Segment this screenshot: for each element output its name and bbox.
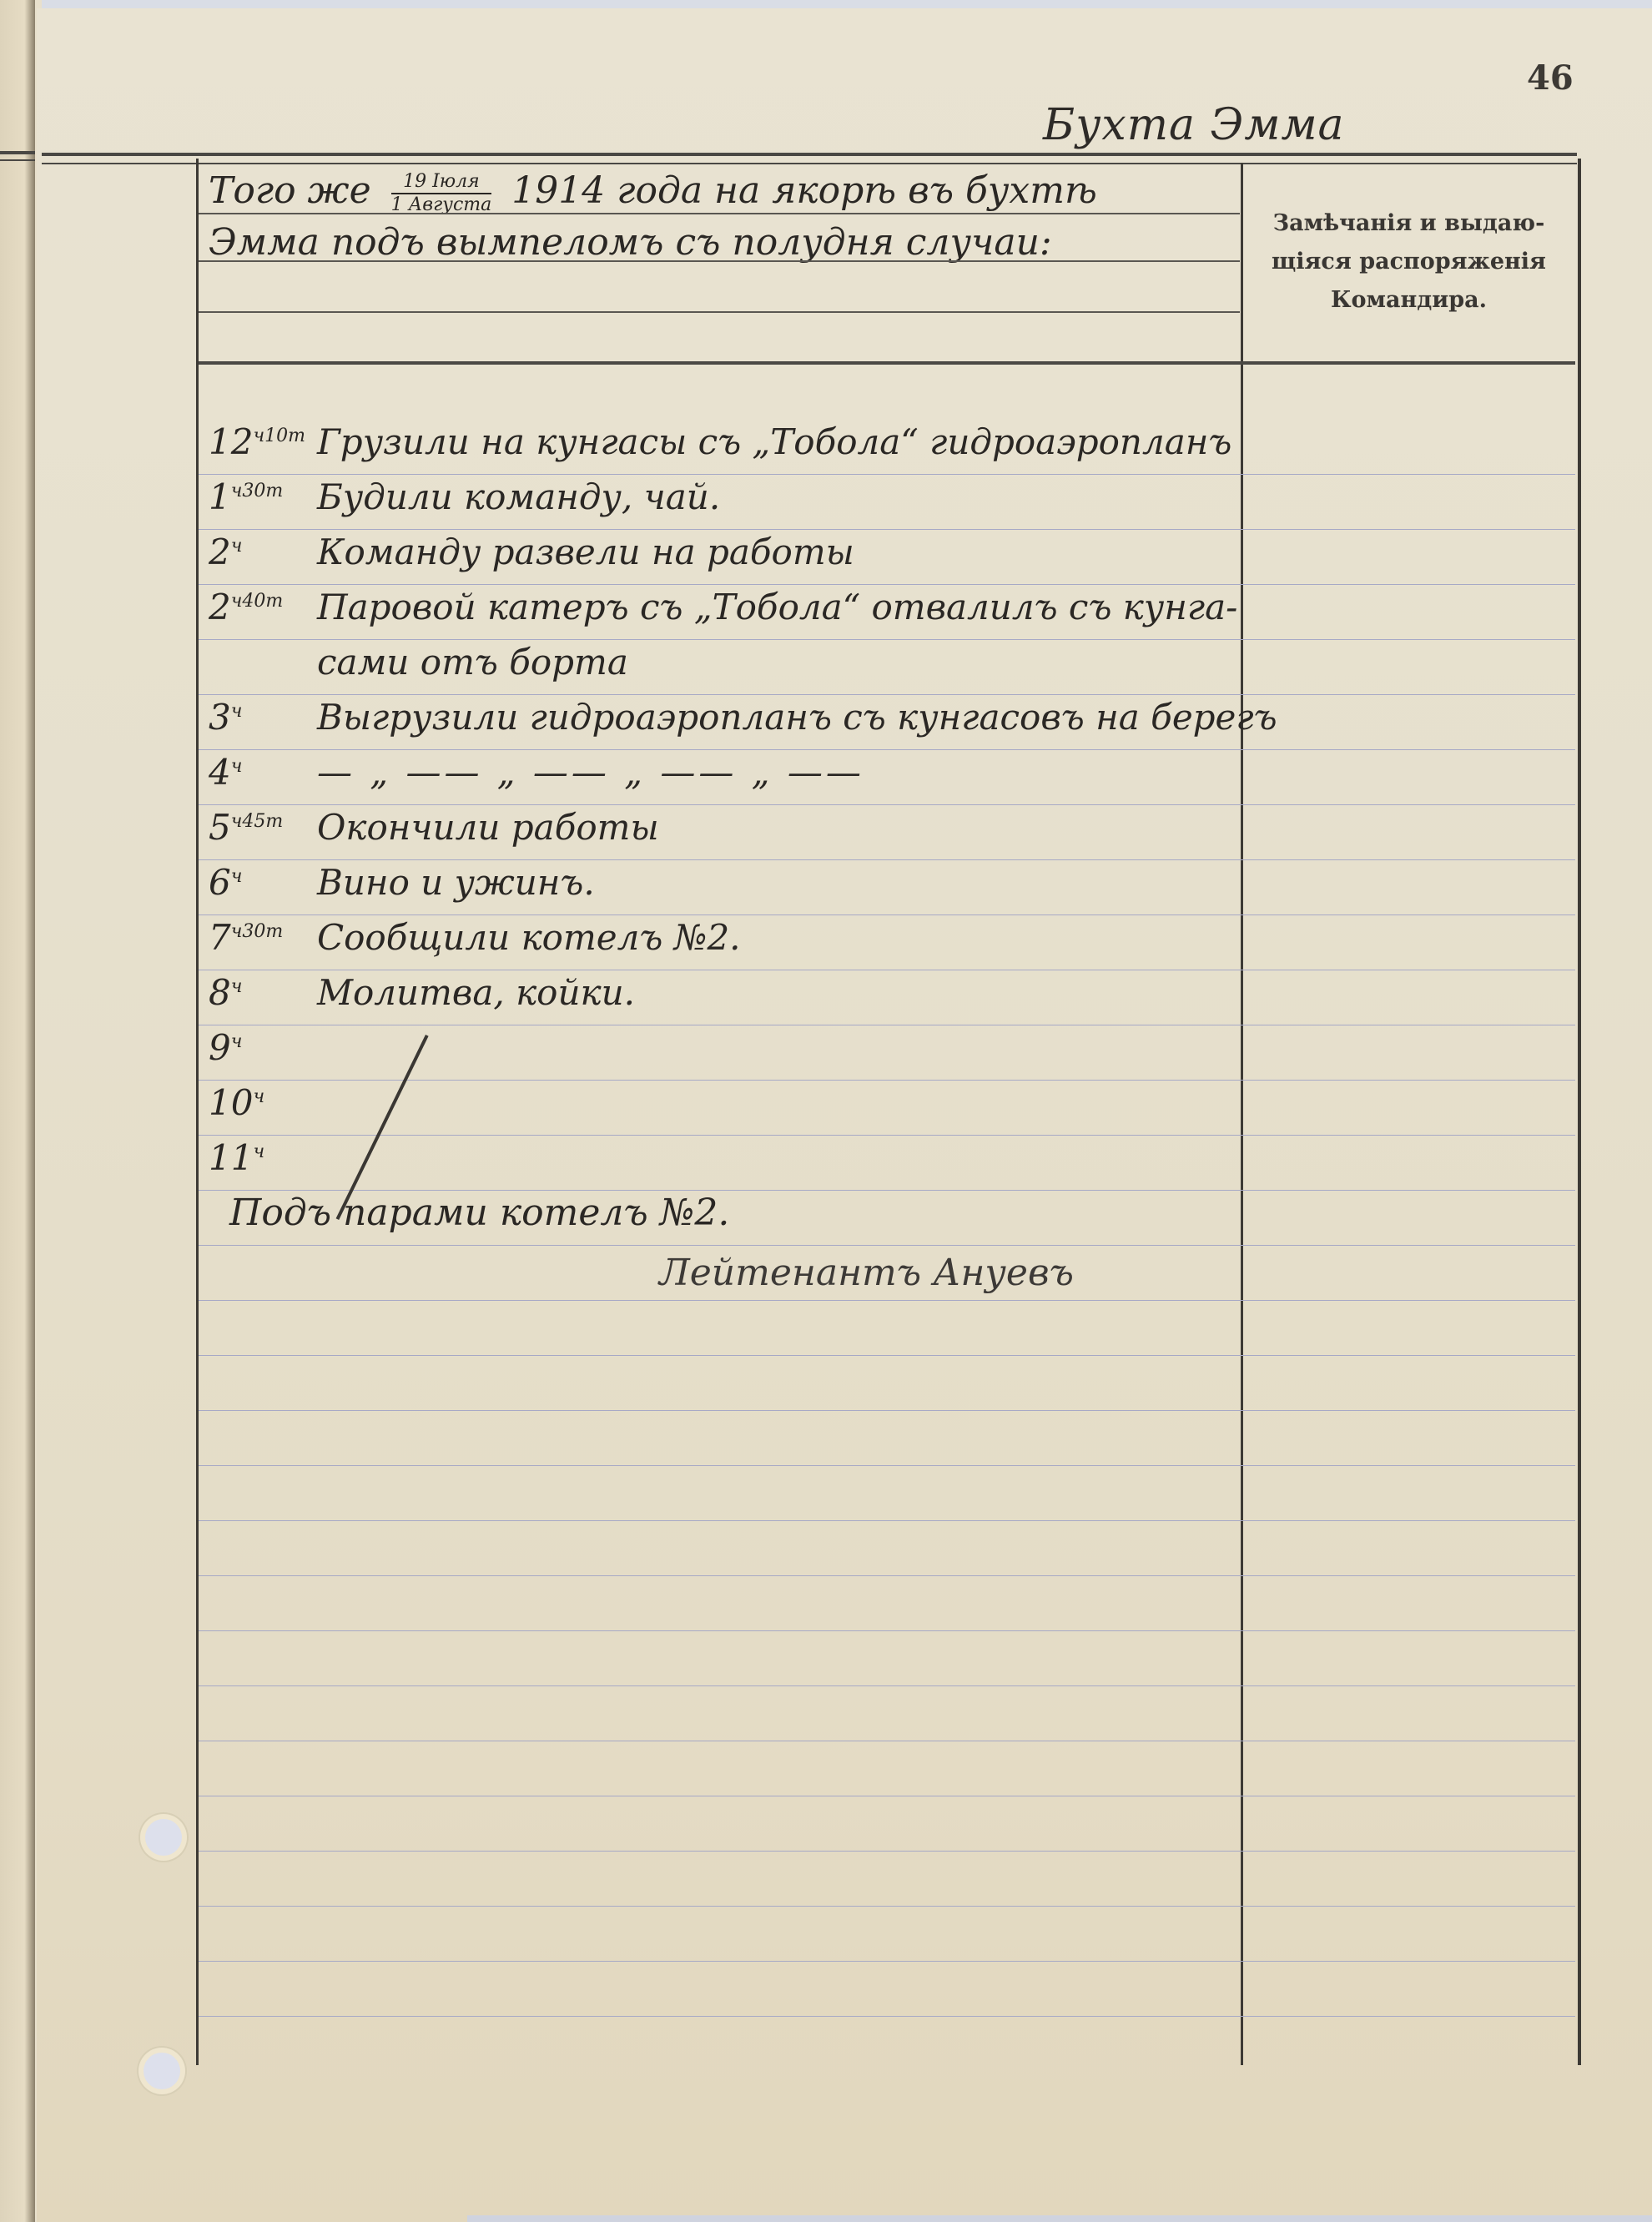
entry-time: 4ч <box>209 752 317 793</box>
ruled-line <box>199 1410 1575 1411</box>
log-entry: 5ч45mОкончили работы <box>209 807 659 862</box>
entry-text: Будили команду, чай. <box>317 476 720 517</box>
entry-text: Молитва, койки. <box>317 972 635 1013</box>
remarks-title-line-1: Замѣчанія и выдаю- <box>1272 204 1546 243</box>
entry-time: 2ч40m <box>209 587 317 627</box>
entry-time: 6ч <box>209 862 317 903</box>
entry-time: 5ч45m <box>209 807 317 848</box>
binder-hole-icon <box>145 1819 182 1856</box>
log-entry: 6чВино и ужинъ. <box>209 862 595 917</box>
entry-time: 11ч <box>209 1137 317 1178</box>
log-entry: 2чКоманду развели на работы <box>209 532 854 587</box>
header-line-2: Эмма подъ вымпеломъ съ полудня случаи: <box>209 221 1052 264</box>
ruled-line <box>199 1520 1575 1521</box>
log-entry-empty: 10ч <box>209 1082 317 1137</box>
header-suffix: 1914 года на якорѣ въ бухтѣ <box>511 169 1097 212</box>
ruled-line <box>199 1190 1575 1191</box>
date-old-style: 19 Іюля <box>391 173 492 194</box>
ruled-line <box>199 1851 1575 1852</box>
officer-signature: Лейтенантъ Ануевъ <box>659 1252 1074 1294</box>
header-bottom-rule <box>199 361 1575 365</box>
ruled-line <box>199 1741 1575 1741</box>
entry-text: — „ —— „ —— „ —— „ —— <box>317 752 864 793</box>
ruled-line <box>199 1630 1575 1631</box>
bleed-through-text <box>1260 1677 1267 1701</box>
ruled-line <box>199 1245 1575 1246</box>
entry-time: 10ч <box>209 1082 317 1123</box>
entry-text: Сообщили котелъ №2. <box>317 917 741 958</box>
ruled-line <box>199 1685 1575 1686</box>
log-entry-ditto: 4ч— „ —— „ —— „ —— „ —— <box>209 752 864 807</box>
entry-text: Выгрузили гидроаэропланъ съ кунгасовъ на… <box>317 697 1277 738</box>
remarks-column-header: Замѣчанія и выдаю- щіяся распоряженія Ко… <box>1245 163 1573 361</box>
ruled-line <box>199 2016 1575 2017</box>
date-new-style: 1 Августа <box>391 194 492 214</box>
header-rule-1 <box>199 213 1240 214</box>
ruled-line <box>199 1465 1575 1466</box>
remarks-title-line-2: щіяся распоряженія <box>1272 243 1546 281</box>
log-entry-empty: 9ч <box>209 1027 317 1082</box>
header-line-1: Того же 19 Іюля 1 Августа 1914 года на я… <box>209 169 1097 214</box>
entry-time: 2ч <box>209 532 317 572</box>
boiler-status-note: Подъ парами котелъ №2. <box>229 1192 729 1234</box>
log-entry-continuation: сами отъ борта <box>209 642 628 697</box>
page-number: 46 <box>1527 58 1574 98</box>
entry-text: сами отъ борта <box>317 642 628 683</box>
entry-time: 7ч30m <box>209 917 317 958</box>
entry-time: 3ч <box>209 697 317 738</box>
scan-bottom-edge <box>467 2215 1652 2222</box>
entry-text: Окончили работы <box>317 807 659 848</box>
scan-top-edge <box>42 0 1652 8</box>
entry-time: 8ч <box>209 972 317 1013</box>
facing-page-edge <box>0 0 35 2222</box>
facing-page-rule <box>0 151 35 161</box>
ruled-line <box>199 1961 1575 1962</box>
log-entry-empty: 11ч <box>209 1137 317 1192</box>
date-fraction: 19 Іюля 1 Августа <box>391 173 492 214</box>
binder-hole-icon <box>144 2053 180 2089</box>
entry-text: Вино и ужинъ. <box>317 862 595 903</box>
log-entry: 8чМолитва, койки. <box>209 972 635 1027</box>
location-heading: Бухта Эмма <box>1043 100 1345 150</box>
header-prefix: Того же <box>209 169 371 212</box>
log-entry: 12ч10mГрузили на кунгасы съ „Тобола“ гид… <box>209 421 1231 476</box>
log-entry: 1ч30mБудили команду, чай. <box>209 476 720 532</box>
entry-time: 1ч30m <box>209 476 317 517</box>
ruled-line <box>199 1796 1575 1796</box>
entry-text: Грузили на кунгасы съ „Тобола“ гидроаэро… <box>317 421 1231 462</box>
entry-time: 12ч10m <box>209 421 317 462</box>
log-entry: 2ч40mПаровой катеръ съ „Тобола“ отвалилъ… <box>209 587 1237 642</box>
column-divider <box>1241 163 1243 2065</box>
ruled-line <box>199 1300 1575 1301</box>
log-entry: 7ч30mСообщили котелъ №2. <box>209 917 741 972</box>
ruled-line <box>199 1906 1575 1907</box>
entry-text: Паровой катеръ съ „Тобола“ отвалилъ съ к… <box>317 587 1237 627</box>
log-entry: 3чВыгрузили гидроаэропланъ съ кунгасовъ … <box>209 697 1277 752</box>
header-rule-2 <box>199 260 1240 262</box>
entry-time: 9ч <box>209 1027 317 1068</box>
entry-text: Команду развели на работы <box>317 532 854 572</box>
ruled-line <box>199 1135 1575 1136</box>
ruled-line <box>199 1355 1575 1356</box>
header-rule-3 <box>199 311 1240 313</box>
remarks-title-line-3: Командира. <box>1272 281 1546 320</box>
ruled-line <box>199 1575 1575 1576</box>
entry-header: Того же 19 Іюля 1 Августа 1914 года на я… <box>199 163 1240 363</box>
